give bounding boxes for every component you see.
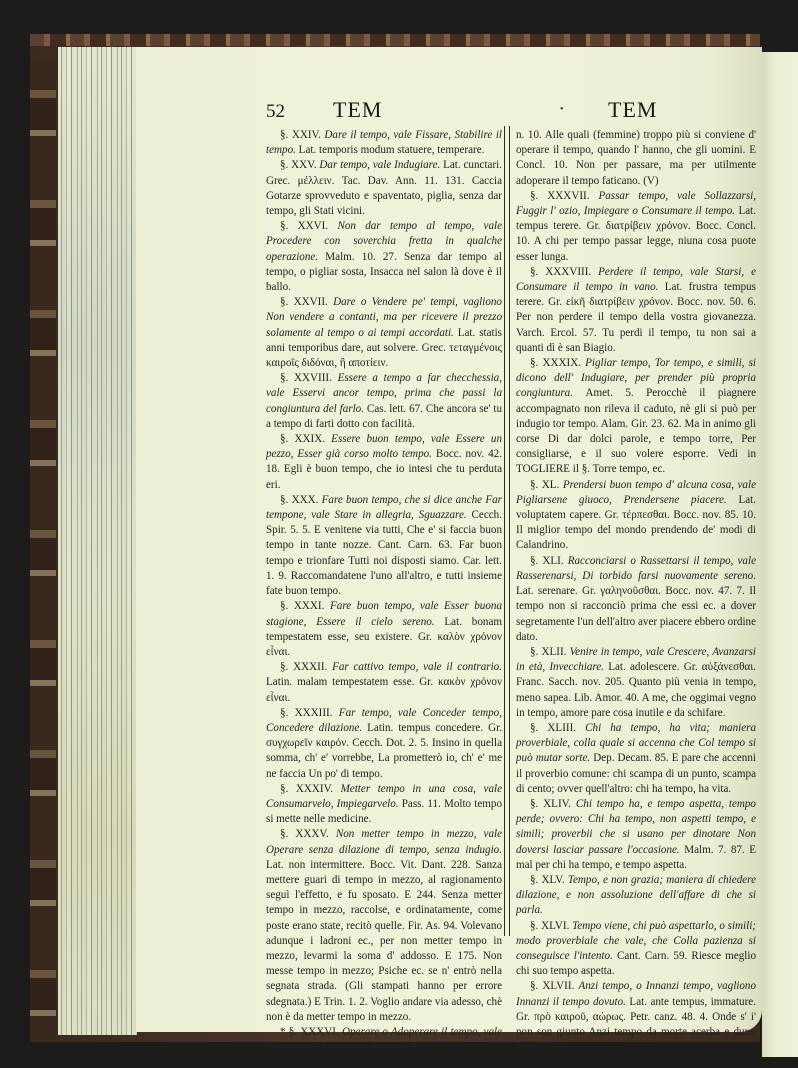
entry-body: Lat. non intermittere. Bocc. Vit. Dant. … <box>266 859 502 1023</box>
entry-body: Lat. temporis modum statuere, temperare. <box>299 144 485 156</box>
entry-term: Dar tempo, vale Indugiare. <box>319 159 443 171</box>
running-head-right: TEM <box>608 97 657 123</box>
entry-number: §. XL. <box>530 479 563 491</box>
dictionary-entry: §. XXXI. Fare buon tempo, vale Esser buo… <box>266 599 502 660</box>
dictionary-entry: §. XXVI. Non dar tempo al tempo, vale Pr… <box>266 219 502 295</box>
print-mark: • <box>560 104 564 115</box>
entry-number: §. XXXVII. <box>530 190 598 202</box>
entry-number: * §. XXXVI. <box>280 1026 342 1038</box>
dictionary-entry: §. XLIII. Chi ha tempo, ha vita; maniera… <box>516 721 756 797</box>
entry-number: §. XXXV. <box>280 828 336 840</box>
entry-number: §. XXXVIII. <box>530 266 598 278</box>
dictionary-entry: §. XLIV. Chi tempo ha, e tempo aspetta, … <box>516 797 756 873</box>
entry-body: Lat. serenare. Gr. γαληνοῦσθαι. Bocc. no… <box>516 585 756 643</box>
entry-number: §. XLII. <box>530 646 570 658</box>
dictionary-entry: §. XXXIV. Metter tempo in una cosa, vale… <box>266 782 502 828</box>
entry-number: §. XXIX. <box>280 433 331 445</box>
entry-body: Cecch. Spir. 5. 5. E venitene via tutti,… <box>266 509 502 597</box>
entry-number: §. XLI. <box>530 555 568 567</box>
entry-number: §. XXIV. <box>280 129 324 141</box>
cover-top-edge <box>30 34 760 46</box>
entry-number: §. XXXIX. <box>530 357 585 369</box>
dictionary-entry: §. XLVII. Anzi tempo, o Innanzi tempo, v… <box>516 979 756 1055</box>
cover-spine-edge <box>30 60 56 1040</box>
entry-number: §. XXV. <box>280 159 319 171</box>
entry-number: §. XLIII. <box>530 722 585 734</box>
dictionary-entry: §. XL. Prendersi buon tempo d' alcuna co… <box>516 478 756 554</box>
left-column: §. XXIV. Dare il tempo, vale Fissare, St… <box>266 128 502 1055</box>
dictionary-entry: §. XXXVIII. Perdere il tempo, vale Stars… <box>516 265 756 356</box>
entry-number: §. XXVI. <box>280 220 337 232</box>
entry-number: §. XXXII. <box>280 661 332 673</box>
dictionary-entry: §. XXXIX. Pigliar tempo, Tor tempo, e si… <box>516 356 756 478</box>
dictionary-entry: §. XXIX. Essere buon tempo, vale Essere … <box>266 432 502 493</box>
entry-number: §. XLV. <box>530 874 568 886</box>
dictionary-entry: §. XLVI. Tempo viene, chi può aspettarlo… <box>516 919 756 980</box>
entry-number: §. XXXIII. <box>280 707 339 719</box>
right-column: n. 10. Alle quali (femmine) troppo più s… <box>516 128 756 1055</box>
dictionary-entry: §. XXXIII. Far tempo, vale Conceder temp… <box>266 706 502 782</box>
column-divider <box>504 126 510 936</box>
entry-number: §. XLVI. <box>530 920 572 932</box>
entry-number: §. XXXI. <box>280 600 330 612</box>
entry-number: §. XXX. <box>280 494 322 506</box>
dictionary-entry: §. XLV. Tempo, e non grazia; maniera di … <box>516 873 756 919</box>
dictionary-entry: §. XXXV. Non metter tempo in mezzo, vale… <box>266 827 502 1025</box>
dictionary-entry: §. XXIV. Dare il tempo, vale Fissare, St… <box>266 128 502 158</box>
dictionary-entry: §. XXXII. Far cattivo tempo, vale il con… <box>266 660 502 706</box>
entry-number: §. XLIV. <box>530 798 576 810</box>
dictionary-entry: §. XLI. Racconciarsi o Rassettarsi il te… <box>516 554 756 645</box>
dictionary-entry: §. XLII. Venire in tempo, vale Crescere,… <box>516 645 756 721</box>
page-stack-edge <box>58 47 137 1035</box>
entry-body: Latin. malam tempestatem esse. Gr. κακὸν… <box>266 676 502 703</box>
entry-term: Far cattivo tempo, vale il contrario. <box>332 661 502 673</box>
dictionary-entry: * §. XXXVI. Operare o Adoperare il tempo… <box>266 1025 502 1055</box>
entry-number: §. XLVII. <box>530 980 578 992</box>
entry-number: §. XXXIV. <box>280 783 341 795</box>
next-page-edge <box>762 52 798 1057</box>
page-number: 52 <box>266 101 285 123</box>
dictionary-entry: §. XXVIII. Essere a tempo a far checches… <box>266 371 502 432</box>
dictionary-entry: §. XXXVII. Passar tempo, vale Sollazzars… <box>516 189 756 265</box>
running-head-left: TEM <box>333 97 382 123</box>
dictionary-entry: §. XXVII. Dare o Vendere pe' tempi, vagl… <box>266 295 502 371</box>
entry-number: §. XXVII. <box>280 296 333 308</box>
entry-body: Amet. 5. Perocchè il piagnere accompagna… <box>516 387 756 475</box>
dictionary-entry: n. 10. Alle quali (femmine) troppo più s… <box>516 128 756 189</box>
entry-number: §. XXVIII. <box>280 372 338 384</box>
dictionary-entry: §. XXV. Dar tempo, vale Indugiare. Lat. … <box>266 158 502 219</box>
entry-body: Bocc. g. 5. <box>372 1041 420 1053</box>
dictionary-entry: §. XXX. Fare buon tempo, che si dice anc… <box>266 493 502 599</box>
entry-body: n. 10. Alle quali (femmine) troppo più s… <box>516 129 756 187</box>
